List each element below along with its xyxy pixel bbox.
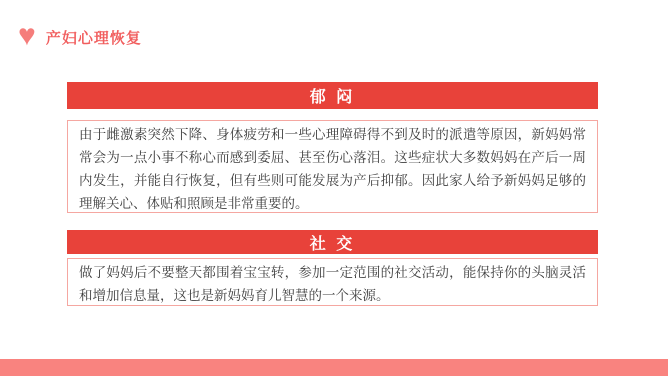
section-heading-social: 社 交 xyxy=(67,230,598,254)
section-body-social: 做了妈妈后不要整天都围着宝宝转，参加一定范围的社交活动，能保持你的头脑灵活和增加… xyxy=(67,258,598,306)
section-body-depression: 由于雌激素突然下降、身体疲劳和一些心理障碍得不到及时的派遣等原因，新妈妈常常会为… xyxy=(67,120,598,213)
slide-header: ♥ 产妇心理恢复 xyxy=(18,22,142,52)
heart-icon: ♥ xyxy=(18,21,36,51)
footer-accent-bar xyxy=(0,359,668,376)
section-heading-depression: 郁 闷 xyxy=(67,82,598,109)
page-title: 产妇心理恢复 xyxy=(46,27,142,48)
slide: ♥ 产妇心理恢复 郁 闷 由于雌激素突然下降、身体疲劳和一些心理障碍得不到及时的… xyxy=(0,0,668,376)
